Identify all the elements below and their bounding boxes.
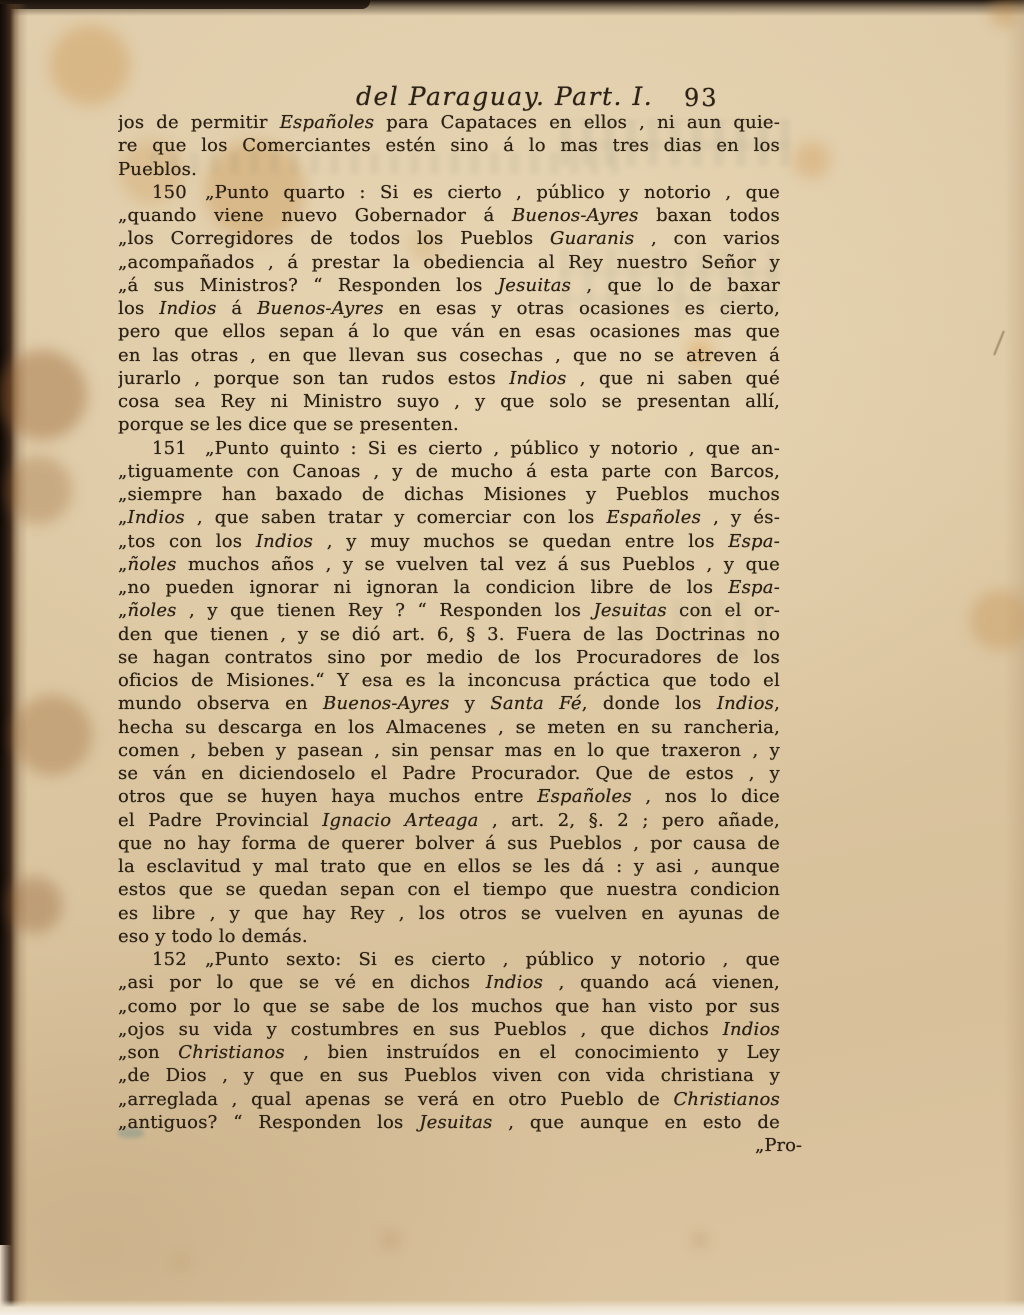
text-line: „á sus Ministros? “ Responden los Jesuit… bbox=[118, 274, 780, 297]
text-line: „no pueden ignorar ni ignoran la condici… bbox=[118, 576, 780, 599]
book-binding-edge bbox=[0, 4, 28, 1307]
paper-stain bbox=[970, 590, 1024, 650]
text-line: porque se les dice que se presenten. bbox=[118, 413, 780, 436]
paper-stain bbox=[174, 1256, 186, 1268]
paper-stain bbox=[382, 1232, 398, 1248]
book-page-scan: { "colors": { "paper": "#dcc7a2", "ink":… bbox=[0, 0, 1024, 1315]
text-line: „Indios , que saben tratar y comerciar c… bbox=[118, 506, 780, 529]
text-line: „como por lo que se sabe de los muchos q… bbox=[118, 995, 780, 1018]
text-line: eso y todo lo demás. bbox=[118, 925, 780, 948]
text-line: mundo observa en Buenos-Ayres y Santa Fé… bbox=[118, 692, 780, 715]
text-line: „son Christianos , bien instruídos en el… bbox=[118, 1041, 780, 1064]
text-line: jurarlo , porque son tan rudos estos Ind… bbox=[118, 367, 780, 390]
paper-stain bbox=[794, 142, 830, 178]
text-line: „asi por lo que se vé en dichos Indios ,… bbox=[118, 971, 780, 994]
text-line: Pueblos. bbox=[118, 158, 780, 181]
text-line: 151 „Punto quinto : Si es cierto , públi… bbox=[118, 437, 780, 460]
page-number: 93 bbox=[684, 84, 719, 112]
text-line: „tos con los Indios , y muy muchos se qu… bbox=[118, 530, 780, 553]
text-line: jos de permitir Españoles para Capataces… bbox=[118, 111, 780, 134]
text-line: „antiguos? “ Responden los Jesuitas , qu… bbox=[118, 1111, 780, 1134]
page-right-shading bbox=[1004, 0, 1024, 1315]
text-line: „tiguamente con Canoas , y de mucho á es… bbox=[118, 460, 780, 483]
text-line: estos que se quedan sepan con el tiempo … bbox=[118, 878, 780, 901]
text-line: que no hay forma de querer bolver á sus … bbox=[118, 832, 780, 855]
paper-stain bbox=[693, 1233, 707, 1247]
text-line: otros que se huyen haya muchos entre Esp… bbox=[118, 785, 780, 808]
text-line: pero que ellos sepan á lo que ván en esa… bbox=[118, 320, 780, 343]
text-line: el Padre Provincial Ignacio Arteaga , ar… bbox=[118, 809, 780, 832]
text-line: la esclavitud y mal trato que en ellos s… bbox=[118, 855, 780, 878]
text-line: „ñoles , y que tienen Rey ? “ Responden … bbox=[118, 599, 780, 622]
scan-top-edge-dark bbox=[0, 0, 370, 9]
text-line: los Indios á Buenos-Ayres en esas y otra… bbox=[118, 297, 780, 320]
catchword: „Pro- bbox=[118, 1134, 802, 1157]
scan-bottom-edge bbox=[0, 1300, 1024, 1315]
text-line: 150 „Punto quarto : Si es cierto , públi… bbox=[118, 181, 780, 204]
text-line: oficios de Misiones.“ Y esa es la inconc… bbox=[118, 669, 780, 692]
text-block: jos de permitir Españoles para Capataces… bbox=[118, 111, 780, 1157]
paper-stain bbox=[50, 25, 130, 105]
text-line: cosa sea Rey ni Ministro suyo , y que so… bbox=[118, 390, 780, 413]
text-line: hecha su descarga en los Almacenes , se … bbox=[118, 716, 780, 739]
text-line: „ojos su vida y costumbres en sus Pueblo… bbox=[118, 1018, 780, 1041]
text-line: en las otras , en que llevan sus cosecha… bbox=[118, 344, 780, 367]
paper-stain bbox=[0, 350, 87, 440]
text-line: „acompañados , á prestar la obediencia a… bbox=[118, 251, 780, 274]
text-line: „siempre han baxado de dichas Misiones y… bbox=[118, 483, 780, 506]
text-line: „los Corregidores de todos los Pueblos G… bbox=[118, 227, 780, 250]
text-line: se hagan contratos sino por medio de los… bbox=[118, 646, 780, 669]
paper-stain bbox=[4, 456, 72, 524]
text-line: den que tienen , y se dió art. 6, § 3. F… bbox=[118, 623, 780, 646]
text-line: comen , beben y pasean , sin pensar mas … bbox=[118, 739, 780, 762]
text-line: „ñoles muchos años , y se vuelven tal ve… bbox=[118, 553, 780, 576]
text-line: se ván en diciendoselo el Padre Procurad… bbox=[118, 762, 780, 785]
text-line: es libre , y que hay Rey , los otros se … bbox=[118, 902, 780, 925]
text-line: „quando viene nuevo Gobernador á Buenos-… bbox=[118, 204, 780, 227]
text-line: 152 „Punto sexto: Si es cierto , público… bbox=[118, 948, 780, 971]
text-line: re que los Comerciantes estén sino á lo … bbox=[118, 134, 780, 157]
text-line: „de Dios , y que en sus Pueblos viven co… bbox=[118, 1064, 780, 1087]
text-line: „arreglada , qual apenas se verá en otro… bbox=[118, 1088, 780, 1111]
paper-stain bbox=[6, 877, 62, 933]
running-header: del Paraguay. Part. I. bbox=[356, 82, 653, 111]
paper-stain bbox=[12, 695, 92, 775]
